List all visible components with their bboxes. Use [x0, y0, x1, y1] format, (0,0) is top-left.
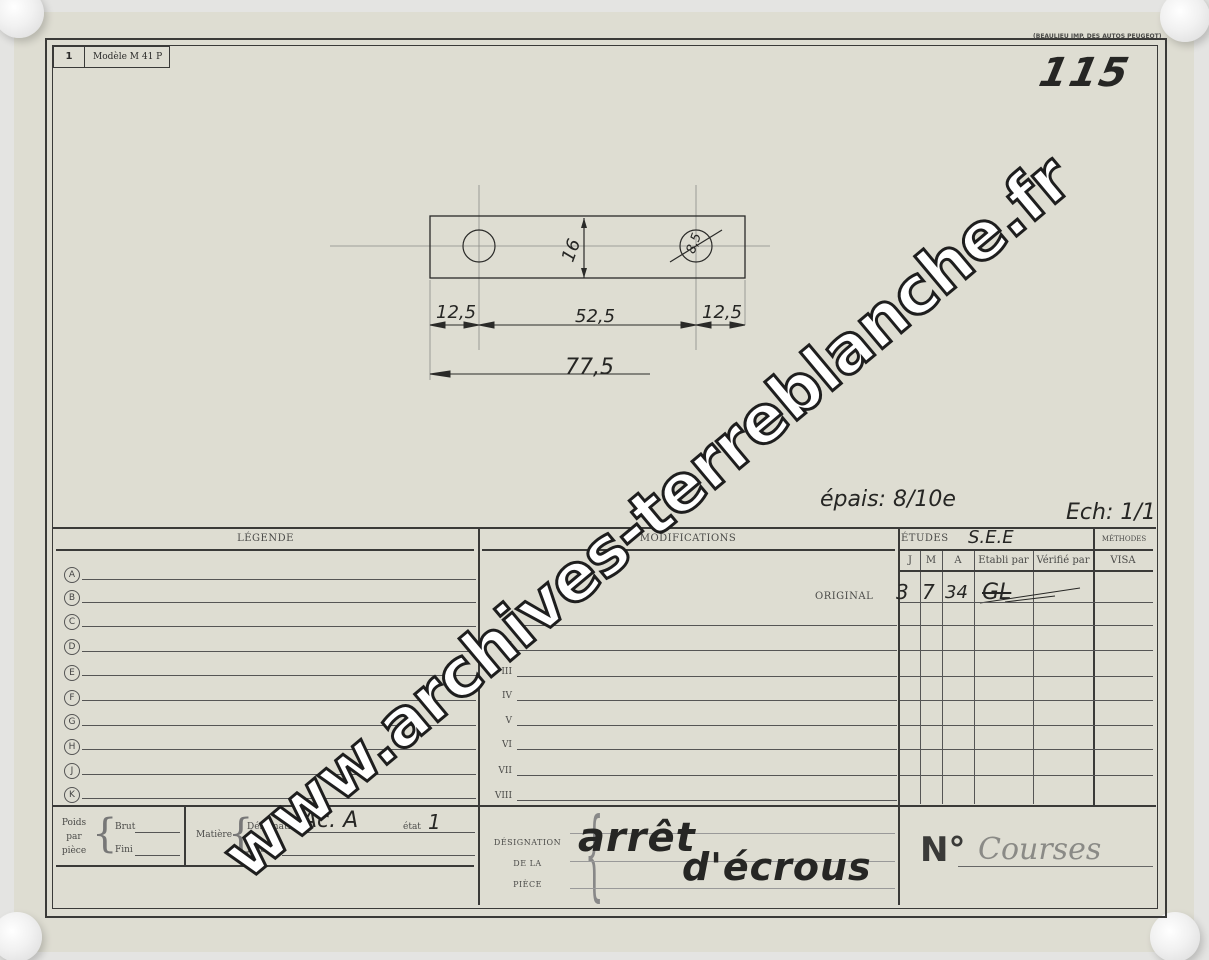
modifications-header-line	[482, 549, 895, 551]
legende-title: LÉGENDE	[53, 533, 478, 544]
signature-flourish	[975, 585, 1085, 610]
modifications-title: MODIFICATIONS	[478, 533, 898, 544]
designation-piece-label-line: PIÈCE	[480, 874, 575, 895]
modification-row-label: VIII	[482, 791, 512, 801]
col-header-a: A	[942, 555, 974, 566]
col-header-visa: VISA	[1093, 555, 1153, 566]
numero-label: N°	[920, 830, 965, 870]
brut-label: Brut	[115, 822, 135, 832]
col-divider	[920, 551, 921, 804]
etudes-title: ÉTUDES	[901, 533, 949, 544]
modification-line	[517, 700, 897, 701]
poids-label-line: par	[60, 830, 88, 844]
etudes-row-line	[900, 725, 1153, 726]
legende-item-marker: G	[64, 714, 80, 730]
legende-item-marker: A	[64, 567, 80, 583]
col-header-m: M	[920, 555, 942, 566]
etat-label: état	[403, 822, 421, 832]
etudes-row-line	[900, 775, 1153, 776]
divider-poids-matiere	[184, 805, 186, 865]
poids-label-line: pièce	[60, 844, 88, 858]
legende-item-marker: J	[64, 763, 80, 779]
modification-line	[517, 650, 897, 651]
poids-label: Poids par pièce	[60, 816, 88, 858]
etudes-row-line	[900, 676, 1153, 677]
designation-piece-line2: d'écrous	[682, 845, 872, 889]
modification-line	[517, 800, 897, 801]
dim-right-offset: 12,5	[702, 302, 742, 323]
designation-piece-label-line: DE LA	[480, 853, 575, 874]
legende-item-marker: F	[64, 690, 80, 706]
modification-line	[517, 749, 897, 750]
inner-frame	[52, 45, 1158, 909]
brut-field	[135, 832, 180, 833]
dim-total-length: 77,5	[565, 355, 614, 380]
etudes-header-line	[900, 549, 1153, 551]
modification-row-label: VI	[490, 740, 512, 750]
legende-line	[82, 602, 476, 603]
legende-item-marker: K	[64, 787, 80, 803]
etudes-row-line	[900, 749, 1153, 750]
fini-label: Fini	[115, 845, 133, 855]
etudes-service: S.E.E	[968, 527, 1014, 548]
legende-item-marker: B	[64, 590, 80, 606]
col-header-etabli: Etabli par	[974, 555, 1033, 566]
fini-field	[135, 855, 180, 856]
pin-bottom-right	[1150, 912, 1200, 960]
legende-line	[82, 579, 476, 580]
methodes-title: MÉTHODES	[1096, 535, 1152, 543]
dim-center-distance: 52,5	[575, 306, 615, 327]
etudes-row-line	[900, 602, 1153, 603]
scale-note: Ech: 1/1	[1066, 500, 1156, 525]
printer-credit: (BEAULIEU IMP. DES AUTOS PEUGEOT)	[1033, 33, 1161, 40]
legende-header-line	[56, 549, 474, 551]
model-box: 1 Modèle M 41 P	[53, 46, 170, 68]
numero-value: Courses	[978, 832, 1101, 867]
modification-row-label: V	[490, 716, 512, 726]
sheet-number: 1	[54, 47, 85, 67]
original-year: 34	[945, 582, 968, 603]
etudes-subheader-line	[900, 570, 1153, 572]
legende-item-marker: H	[64, 739, 80, 755]
legende-item-marker: D	[64, 639, 80, 655]
legende-item-marker: E	[64, 665, 80, 681]
col-divider-methodes	[1093, 527, 1095, 805]
designation-piece-line1: arrêt	[578, 815, 696, 861]
modification-row-label: VII	[486, 766, 512, 776]
poids-brace: {	[92, 814, 117, 854]
col-header-verifie: Vérifié par	[1033, 555, 1093, 566]
model-label: Modèle M 41 P	[85, 47, 162, 67]
legende-line	[82, 626, 476, 627]
poids-label-line: Poids	[60, 816, 88, 830]
title-block-mid	[53, 805, 1156, 807]
technical-drawing	[320, 180, 770, 410]
original-label: ORIGINAL	[815, 591, 873, 602]
etudes-row-line	[900, 700, 1153, 701]
col-header-j: J	[900, 555, 920, 566]
modification-line	[517, 775, 897, 776]
legende-item-marker: C	[64, 614, 80, 630]
designation-piece-label: DÉSIGNATION DE LA PIÈCE	[480, 832, 575, 895]
designation-piece-label-line: DÉSIGNATION	[480, 832, 575, 853]
nature-field-line	[282, 855, 475, 856]
original-day: 3	[896, 580, 909, 604]
thickness-note: épais: 8/10e	[820, 487, 956, 512]
col-divider	[942, 551, 943, 804]
etudes-row-line	[900, 650, 1153, 651]
original-month: 7	[922, 580, 935, 604]
dim-left-offset: 12,5	[436, 302, 476, 323]
legende-line	[82, 651, 476, 652]
drawing-number: 115	[1035, 50, 1134, 96]
modification-line	[517, 725, 897, 726]
etudes-row-line	[900, 625, 1153, 626]
modification-line	[517, 676, 897, 677]
etat-value: 1	[428, 810, 441, 834]
